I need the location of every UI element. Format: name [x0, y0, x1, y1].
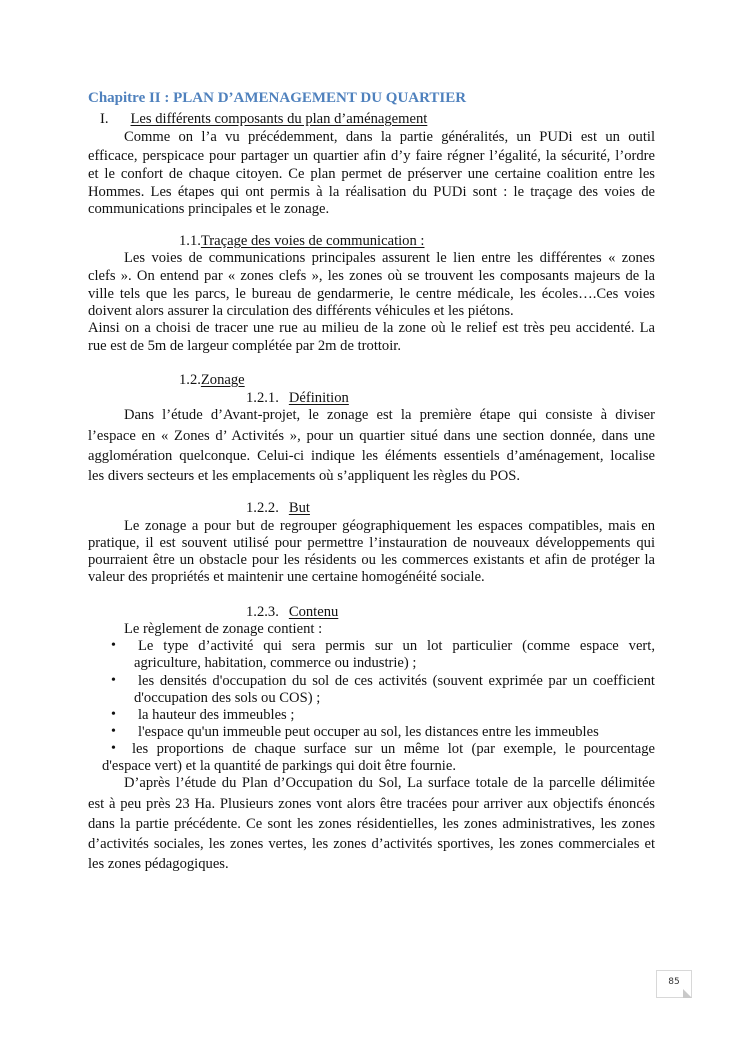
text-line: Dans l’étude d’Avant-projet, le zonage e… [124, 407, 655, 424]
list-intro: Le règlement de zonage contient : [124, 621, 322, 638]
list-item-line: la hauteur des immeubles ; [138, 707, 705, 724]
text-line: pourraient être un obstacle pour les rés… [88, 552, 655, 569]
section-number: 1.2.3. [246, 604, 279, 620]
section-title: Les différents composants du plan d’amén… [131, 111, 428, 127]
section-title: Contenu [289, 604, 338, 620]
section-heading-1-2-2: 1.2.2.But [246, 500, 310, 517]
chapter-title: Chapitre II : PLAN D’AMENAGEMENT DU QUAR… [88, 90, 466, 107]
section-title: Zonage [201, 372, 245, 388]
section-number: 1.2. [179, 372, 201, 388]
list-item-line: les densités d'occupation du sol de ces … [138, 673, 655, 690]
list-item-line: d'espace vert) et la quantité de parking… [102, 758, 669, 775]
text-line: D’après l’étude du Plan d’Occupation du … [124, 775, 655, 792]
page-number-box: 85 [656, 970, 692, 998]
text-line: Le zonage a pour but de regrouper géogra… [124, 518, 655, 535]
text-line: Les voies de communications principales … [124, 250, 655, 267]
text-line: doivent alors assurer la circulation des… [88, 303, 655, 320]
document-page: Chapitre II : PLAN D’AMENAGEMENT DU QUAR… [0, 0, 745, 1053]
text-line: valeur des propriétés et maintenir une c… [88, 569, 655, 586]
text-line: les zones pédagogiques. [88, 856, 655, 873]
list-item-line: agriculture, habitation, commerce ou ind… [134, 655, 701, 672]
text-line: et le confort de chaque citoyen. Ce plan… [88, 166, 655, 183]
text-line: communications principales et le zonage. [88, 201, 655, 218]
text-line: Ainsi on a choisi de tracer une rue au m… [88, 320, 655, 337]
section-heading-1-1: 1.1.Traçage des voies de communication : [179, 233, 424, 250]
bullet-icon: • [111, 707, 116, 723]
bullet-icon: • [111, 673, 116, 689]
section-number: 1.2.2. [246, 500, 279, 516]
list-item-line: d'occupation des sols ou COS) ; [134, 690, 701, 707]
bullet-icon: • [111, 638, 116, 654]
text-line: rue est de 5m de largeur complétée par 2… [88, 338, 655, 355]
section-heading-1-2: 1.2.Zonage [179, 372, 245, 389]
text-line: l’espace en « Zones d’ Activités », pour… [88, 428, 655, 445]
list-item-line: Le type d’activité qui sera permis sur u… [138, 638, 655, 655]
section-title: Traçage des voies de communication : [201, 233, 425, 249]
section-heading-I: I.Les différents composants du plan d’am… [100, 111, 427, 128]
text-line: Hommes. Les étapes qui ont permis à la r… [88, 184, 655, 201]
section-title: Définition [289, 390, 349, 406]
text-line: est à peu près 23 Ha. Plusieurs zones vo… [88, 796, 655, 813]
text-line: pratique, il est souvent utilisé pour pe… [88, 535, 655, 552]
section-number: I. [100, 111, 109, 127]
text-line: clefs ». On entend par « zones clefs », … [88, 268, 655, 285]
text-line: les divers secteurs et les emplacements … [88, 468, 655, 485]
text-line: efficace, perspicace pour partager un qu… [88, 148, 655, 165]
text-line: dans la partie précédente. Ce sont les z… [88, 816, 655, 833]
page-number: 85 [657, 977, 691, 987]
section-title: But [289, 500, 310, 516]
text-line: ville tels que les parcs, le bureau de g… [88, 286, 655, 303]
text-line: Comme on l’a vu précédemment, dans la pa… [124, 129, 655, 146]
bullet-icon: • [111, 724, 116, 740]
section-heading-1-2-3: 1.2.3.Contenu [246, 604, 338, 621]
list-item-line: l'espace qu'un immeuble peut occuper au … [138, 724, 705, 741]
text-line: d’activités sociales, les zones vertes, … [88, 836, 655, 853]
bullet-icon: • [111, 741, 116, 757]
text-line: agglomération quelconque. Celui-ci indiq… [88, 448, 655, 465]
page-curl-icon [683, 989, 692, 998]
section-number: 1.2.1. [246, 390, 279, 406]
section-heading-1-2-1: 1.2.1.Définition [246, 390, 349, 407]
list-item-line: les proportions de chaque surface sur un… [132, 741, 655, 758]
section-number: 1.1. [179, 233, 201, 249]
